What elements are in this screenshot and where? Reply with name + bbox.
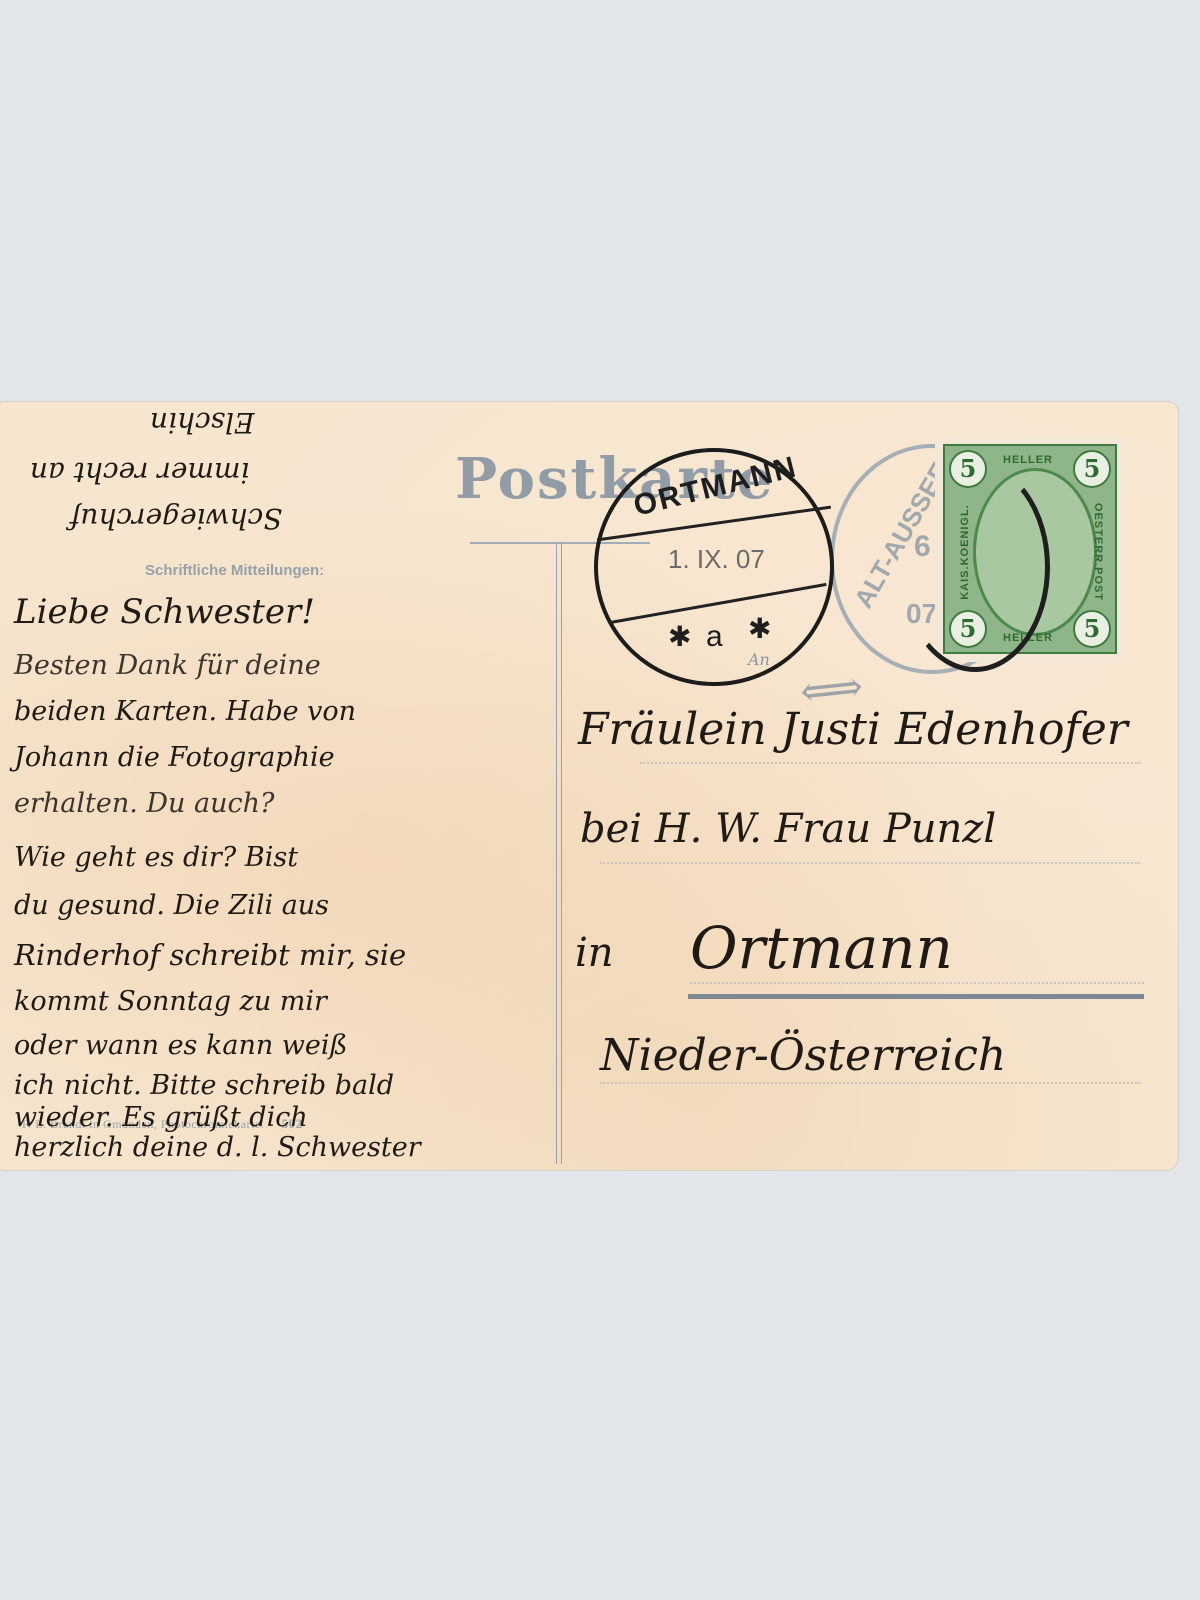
address-rule-1 — [640, 762, 1140, 764]
message-greeting: Liebe Schwester! — [14, 592, 315, 632]
address-rule-4 — [600, 1082, 1140, 1084]
address-rule-2 — [600, 862, 1140, 864]
postcard-back: Postkarte Schriftliche Mitteilungen: F. … — [0, 402, 1178, 1170]
region-name: Nieder-Österreich — [600, 1030, 1006, 1081]
message-line: ich nicht. Bitte schreib bald — [14, 1070, 394, 1101]
ortmann-date: 1. IX. 07 — [668, 544, 765, 575]
town-prefix: in — [575, 930, 614, 976]
message-line: Wie geht es dir? Bist — [14, 842, 298, 873]
postmark-ortmann: ORTMANN 1. IX. 07 ✱ a ✱ — [594, 448, 834, 686]
message-line: erhalten. Du auch? — [14, 788, 274, 819]
postmark-bar-bottom — [609, 583, 826, 624]
message-line: beiden Karten. Habe von — [14, 696, 356, 727]
message-line: kommt Sonntag zu mir — [14, 986, 327, 1017]
upside-line-1: Elschin — [150, 406, 254, 439]
message-line: herzlich deine d. l. Schwester — [14, 1132, 421, 1163]
care-of-line: bei H. W. Frau Punzl — [580, 806, 996, 852]
town-underline — [688, 994, 1144, 999]
ortmann-star-right-icon: ✱ — [748, 612, 771, 645]
upside-line-2: immer recht an — [30, 456, 249, 489]
address-rule-3 — [690, 982, 1144, 984]
message-line: Rinderhof schreibt mir, sie — [14, 938, 406, 972]
stamp-currency-top: HELLER — [1003, 454, 1053, 466]
stamp-value-br: 5 — [1073, 610, 1111, 648]
center-divider — [556, 542, 562, 1164]
pencil-double-arrow-icon: ⟺ — [798, 661, 866, 718]
message-line: Besten Dank für deine — [14, 650, 321, 681]
ortmann-star-left-icon: ✱ — [668, 620, 691, 653]
town-name: Ortmann — [690, 914, 953, 982]
message-line: wieder. Es grüßt dich — [14, 1102, 308, 1133]
upside-line-3: Schwiegerchuf — [70, 502, 282, 535]
message-line: Johann die Fotographie — [14, 742, 335, 773]
message-section-label: Schriftliche Mitteilungen: — [145, 562, 324, 579]
message-line: du gesund. Die Zili aus — [14, 890, 329, 921]
stamp-right-text: OESTERR.POST — [1092, 503, 1104, 601]
message-line: oder wann es kann weiß — [14, 1030, 348, 1061]
ortmann-letter: a — [706, 620, 723, 654]
stamp-value-tr: 5 — [1073, 450, 1111, 488]
postmark-bar-top — [597, 506, 831, 542]
stamp-cancel-arc — [900, 462, 1050, 672]
